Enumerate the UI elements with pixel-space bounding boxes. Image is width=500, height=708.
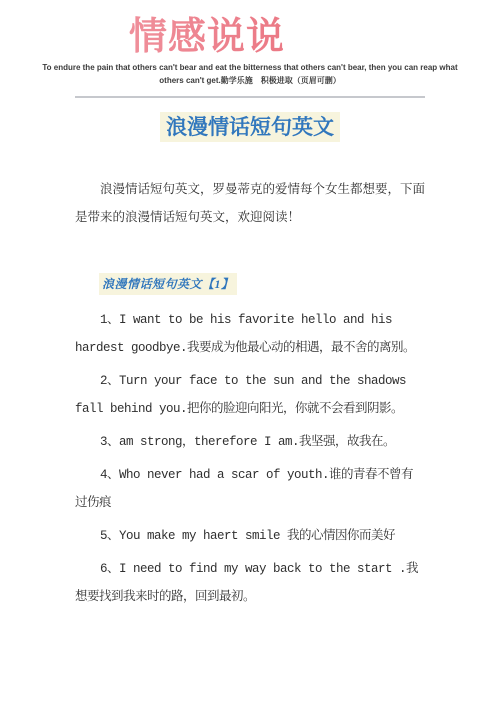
quote-item: 2、Turn your face to the sun and the shad… xyxy=(75,367,425,423)
quote-item: 6、I need to find my way back to the star… xyxy=(75,555,425,611)
section-heading: 浪漫情话短句英文【1】 xyxy=(75,275,425,292)
header-motto: To endure the pain that others can't bea… xyxy=(0,61,500,87)
quote-item: 3、am strong，therefore I am.我坚强，故我在。 xyxy=(75,428,425,456)
quote-item: 1、I want to be his favorite hello and hi… xyxy=(75,306,425,362)
quote-item: 5、You make my haert smile 我的心情因你而美好 xyxy=(75,522,425,550)
article-body: 浪漫情话短句英文 浪漫情话短句英文，罗曼蒂克的爱情每个女生都想要，下面是带来的浪… xyxy=(0,111,500,611)
title-highlight: 浪漫情话短句英文 xyxy=(160,112,340,142)
motto-line-2: others can't get.勤学乐施 积极进取（页眉可删） xyxy=(0,74,500,87)
section-heading-highlight: 浪漫情话短句英文【1】 xyxy=(99,273,237,295)
quote-item: 4、Who never had a scar of youth.谁的青春不曾有过… xyxy=(75,461,425,517)
page-header: 情感说说 To endure the pain that others can'… xyxy=(0,0,500,98)
header-divider xyxy=(75,96,425,98)
document-page: 情感说说 To endure the pain that others can'… xyxy=(0,0,500,708)
intro-paragraph: 浪漫情话短句英文，罗曼蒂克的爱情每个女生都想要，下面是带来的浪漫情话短句英文，欢… xyxy=(75,175,425,231)
quote-list: 1、I want to be his favorite hello and hi… xyxy=(75,306,425,611)
motto-line-1: To endure the pain that others can't bea… xyxy=(0,61,500,74)
article-title: 浪漫情话短句英文 xyxy=(0,111,500,141)
site-logo: 情感说说 xyxy=(0,14,457,58)
